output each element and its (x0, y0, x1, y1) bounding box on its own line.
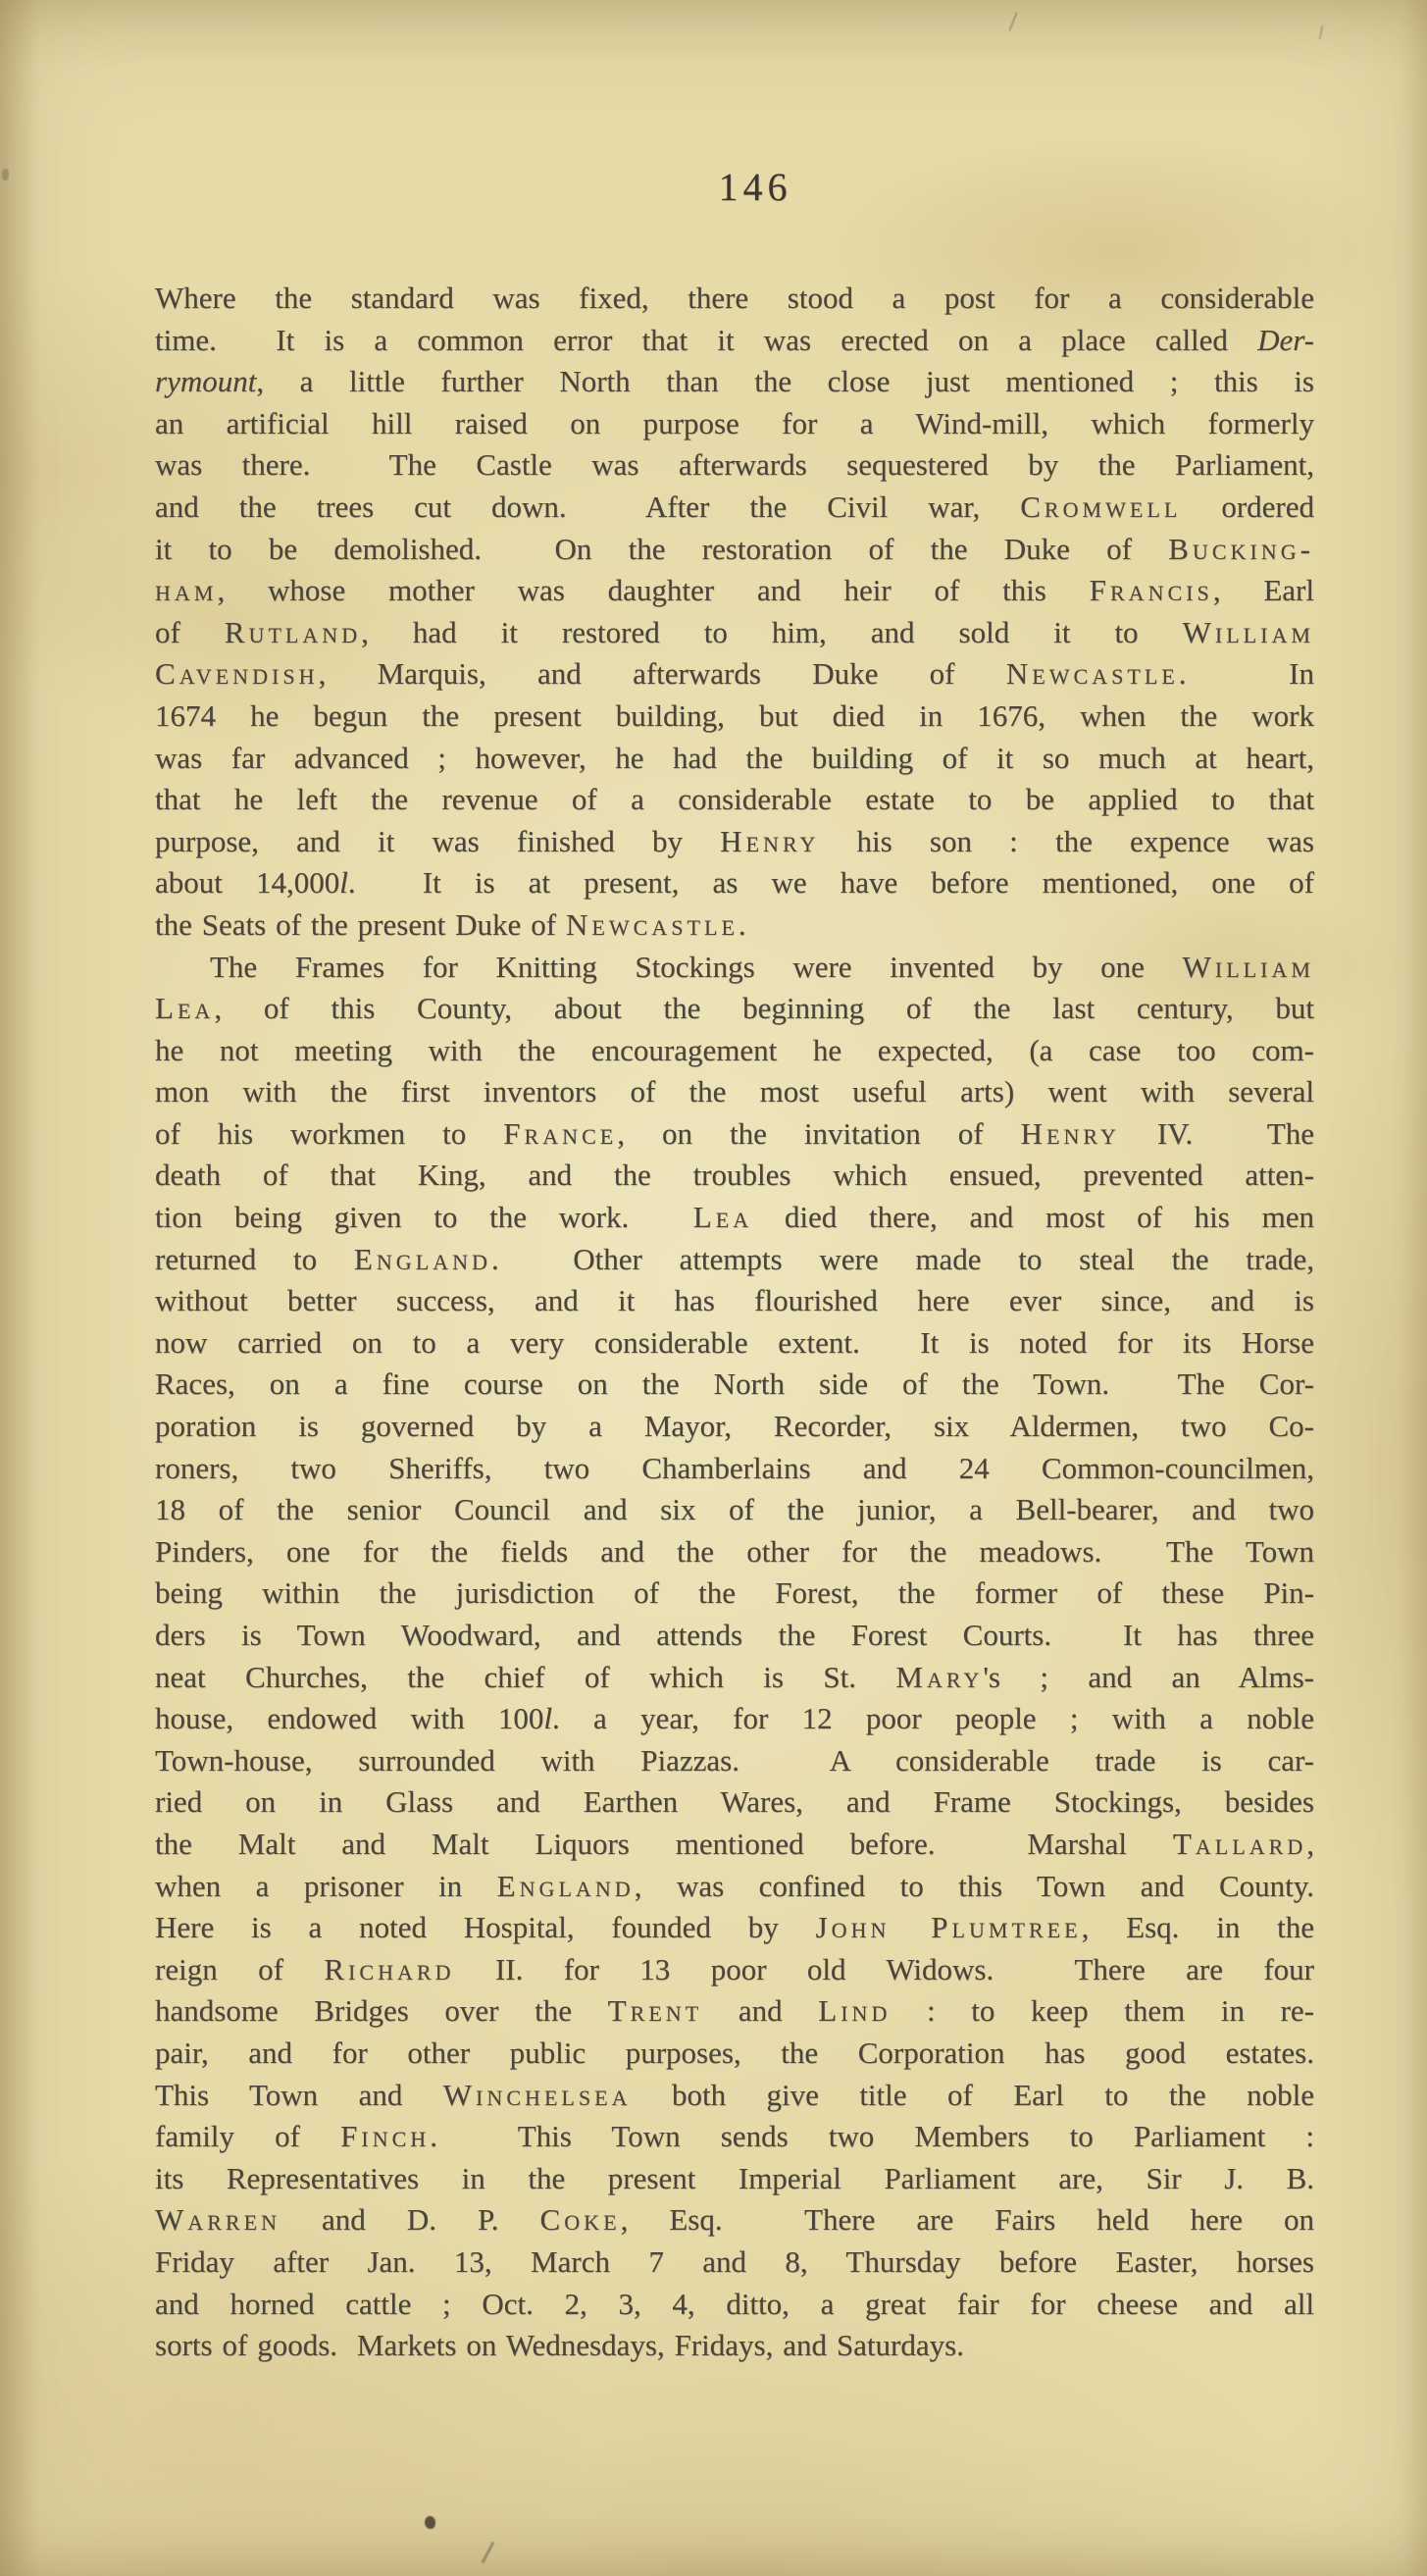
text-segment: Town-house, surrounded with Piazzas. A c… (155, 1743, 1314, 1777)
text-line: the Seats of the present Duke of Newcast… (155, 904, 1314, 947)
text-segment: house, endowed with 100 (155, 1701, 543, 1735)
text-block: Where the standard was fixed, there stoo… (155, 278, 1314, 2367)
text-segment: 1674 he begun the present building, but … (155, 698, 1314, 733)
text-line: handsome Bridges over the Trent and Lind… (155, 1990, 1314, 2033)
text-segment: and D. P. (280, 2202, 540, 2237)
text-segment: Tallard (1173, 1827, 1306, 1861)
text-line: being within the jurisdiction of the For… (155, 1572, 1314, 1615)
text-segment: l (543, 1701, 552, 1735)
text-segment: England (497, 1869, 635, 1903)
text-line: of his workmen to France, on the invitat… (155, 1113, 1314, 1156)
text-segment: . It is at present, as we have before me… (348, 865, 1314, 900)
text-segment: was there. The Castle was afterwards seq… (155, 447, 1314, 482)
text-segment: , whose mother was daughter and heir of … (217, 573, 1089, 607)
text-segment: death of that King, and the troubles whi… (155, 1158, 1314, 1192)
text-segment: Finch (340, 2119, 430, 2153)
text-segment: France (503, 1116, 617, 1151)
text-segment: ders is Town Woodward, and attends the F… (155, 1618, 1314, 1652)
text-line: This Town and Winchelsea both give title… (155, 2075, 1314, 2117)
text-segment: England (354, 1242, 491, 1276)
text-line: Races, on a fine course on the North sid… (155, 1364, 1314, 1406)
paragraph: Where the standard was fixed, there stoo… (155, 278, 1314, 947)
text-line: returned to England. Other attempts were… (155, 1239, 1314, 1281)
text-segment: and the trees cut down. After the Civil … (155, 489, 1020, 524)
page-number: 146 (157, 164, 1353, 210)
text-segment: an artificial hill raised on purpose for… (155, 406, 1314, 440)
text-segment: , was confined to this Town and County. (635, 1869, 1314, 1903)
text-segment: pair, and for other public purposes, the… (155, 2035, 1314, 2070)
text-segment: , of this County, about the beginning of… (214, 991, 1314, 1025)
text-segment: l (339, 865, 348, 900)
text-segment: now carried on to a very considerable ex… (155, 1325, 1314, 1360)
text-line: ders is Town Woodward, and attends the F… (155, 1615, 1314, 1657)
paper-mark-right-tick (1319, 26, 1324, 39)
text-segment: Henry (1021, 1116, 1120, 1151)
text-segment: was far advanced ; however, he had the b… (155, 741, 1314, 775)
text-segment: neat Churches, the chief of which is St. (155, 1660, 895, 1694)
text-segment: This Town and (155, 2078, 443, 2112)
text-segment: Lea (693, 1200, 752, 1234)
text-line: ried on in Glass and Earthen Wares, and … (155, 1781, 1314, 1824)
text-line: Warren and D. P. Coke, Esq. There are Fa… (155, 2199, 1314, 2241)
text-line: sorts of goods. Markets on Wednesdays, F… (155, 2325, 1314, 2367)
text-segment: . a year, for 12 poor people ; with a no… (552, 1701, 1314, 1735)
text-segment: Lind (818, 1993, 891, 2028)
paper-mark-top-slash (1008, 12, 1017, 30)
text-segment: of his workmen to (155, 1116, 503, 1151)
text-segment: and (702, 1993, 818, 2028)
text-line: roners, two Sheriffs, two Chamberlains a… (155, 1448, 1314, 1490)
text-line: time. It is a common error that it was e… (155, 320, 1314, 362)
text-segment: family of (155, 2119, 340, 2153)
text-segment: William (1183, 950, 1314, 984)
text-segment: . This Town sends two Members to Parliam… (430, 2119, 1314, 2153)
text-segment: , Esq. There are Fairs held here on (621, 2202, 1314, 2237)
text-segment: roners, two Sheriffs, two Chamberlains a… (155, 1451, 1314, 1485)
text-segment: ordered (1181, 489, 1314, 524)
text-segment: Newcastle (566, 907, 739, 942)
text-segment: Winchelsea (443, 2078, 632, 2112)
text-segment: . (739, 907, 746, 942)
text-line: mon with the first inventors of the most… (155, 1071, 1314, 1113)
text-segment: Henry (720, 824, 819, 858)
text-segment: Der- (1257, 323, 1314, 357)
text-segment: Here is a noted Hospital, founded by (155, 1910, 816, 1944)
text-segment: , (1306, 1827, 1314, 1861)
ink-speck-dot (425, 2516, 435, 2529)
text-line: Town-house, surrounded with Piazzas. A c… (155, 1740, 1314, 1782)
text-segment: , a little further North than the close … (256, 364, 1314, 398)
text-line: was there. The Castle was afterwards seq… (155, 444, 1314, 487)
text-segment: sorts of goods. Markets on Wednesdays, F… (155, 2328, 964, 2362)
text-segment: ham (155, 573, 217, 607)
text-segment: both give title of Earl to the noble (632, 2078, 1314, 2112)
text-segment: Cromwell (1020, 489, 1181, 524)
text-segment: , Earl (1213, 573, 1314, 607)
text-line: without better success, and it has flour… (155, 1280, 1314, 1322)
text-segment: mon with the first inventors of the most… (155, 1074, 1314, 1108)
text-segment: Trent (608, 1993, 703, 2028)
text-segment: The Frames for Knitting Stockings were i… (210, 950, 1183, 984)
text-line: was far advanced ; however, he had the b… (155, 738, 1314, 780)
text-segment: and horned cattle ; Oct. 2, 3, 4, ditto,… (155, 2287, 1314, 2321)
text-segment: tion being given to the work. (155, 1200, 693, 1234)
text-segment: he not meeting with the encouragement he… (155, 1033, 1314, 1067)
text-segment: the Malt and Malt Liquors mentioned befo… (155, 1827, 1173, 1861)
text-segment: Coke (540, 2202, 621, 2237)
text-segment: John Plumtree (816, 1910, 1082, 1944)
text-line: Friday after Jan. 13, March 7 and 8, Thu… (155, 2241, 1314, 2284)
text-line: the Malt and Malt Liquors mentioned befo… (155, 1824, 1314, 1866)
text-line: Pinders, one for the fields and the othe… (155, 1531, 1314, 1573)
text-line: its Representatives in the present Imper… (155, 2158, 1314, 2200)
text-line: about 14,000l. It is at present, as we h… (155, 862, 1314, 904)
text-segment: handsome Bridges over the (155, 1993, 608, 2028)
text-line: tion being given to the work. Lea died t… (155, 1197, 1314, 1239)
text-segment: his son : the expence was (819, 824, 1314, 858)
text-segment: Mary (895, 1660, 983, 1694)
text-line: 18 of the senior Council and six of the … (155, 1489, 1314, 1531)
text-segment: , on the invitation of (617, 1116, 1020, 1151)
text-segment: , had it restored to him, and sold it to (361, 615, 1182, 649)
text-line: pair, and for other public purposes, the… (155, 2033, 1314, 2075)
text-line: and horned cattle ; Oct. 2, 3, 4, ditto,… (155, 2284, 1314, 2326)
text-line: ham, whose mother was daughter and heir … (155, 570, 1314, 612)
text-line: purpose, and it was finished by Henry hi… (155, 821, 1314, 863)
text-line: and the trees cut down. After the Civil … (155, 487, 1314, 529)
text-segment: without better success, and it has flour… (155, 1283, 1314, 1317)
text-line: The Frames for Knitting Stockings were i… (155, 947, 1314, 989)
text-line: it to be demolished. On the restoration … (155, 529, 1314, 571)
text-segment: Francis (1090, 573, 1213, 607)
text-segment: returned to (155, 1242, 354, 1276)
text-segment: Friday after Jan. 13, March 7 and 8, Thu… (155, 2244, 1314, 2279)
text-segment: 18 of the senior Council and six of the … (155, 1492, 1314, 1526)
text-segment: . In (1179, 656, 1314, 691)
text-segment: William (1183, 615, 1314, 649)
text-segment: ried on in Glass and Earthen Wares, and … (155, 1784, 1314, 1819)
text-segment: Pinders, one for the fields and the othe… (155, 1534, 1314, 1569)
text-line: Cavendish, Marquis, and afterwards Duke … (155, 653, 1314, 696)
text-segment: Rutland (225, 615, 361, 649)
text-segment: its Representatives in the present Imper… (155, 2161, 1314, 2195)
text-segment: that he left the revenue of a considerab… (155, 782, 1314, 816)
text-line: now carried on to a very considerable ex… (155, 1322, 1314, 1365)
text-line: poration is governed by a Mayor, Recorde… (155, 1406, 1314, 1448)
text-segment: Richard (324, 1952, 454, 1986)
text-segment: of (155, 615, 225, 649)
text-segment: II. for 13 poor old Widows. There are fo… (455, 1952, 1314, 1986)
text-segment: Cavendish (155, 656, 319, 691)
text-line: family of Finch. This Town sends two Mem… (155, 2116, 1314, 2158)
text-segment: . Other attempts were made to steal the … (491, 1242, 1314, 1276)
text-line: death of that King, and the troubles whi… (155, 1155, 1314, 1197)
text-segment: Newcastle (1006, 656, 1179, 691)
text-line: Here is a noted Hospital, founded by Joh… (155, 1907, 1314, 1949)
text-line: neat Churches, the chief of which is St.… (155, 1657, 1314, 1699)
text-segment: the Seats of the present Duke of (155, 907, 566, 942)
text-segment: died there, and most of his men (752, 1200, 1314, 1234)
text-line: reign of Richard II. for 13 poor old Wid… (155, 1949, 1314, 1991)
text-line: he not meeting with the encouragement he… (155, 1030, 1314, 1072)
text-segment: when a prisoner in (155, 1869, 497, 1903)
paragraph: The Frames for Knitting Stockings were i… (155, 947, 1314, 2367)
text-segment: Races, on a fine course on the North sid… (155, 1366, 1314, 1401)
text-segment: about 14,000 (155, 865, 339, 900)
text-segment: purpose, and it was finished by (155, 824, 720, 858)
text-segment: rymount (155, 364, 256, 398)
text-segment: being within the jurisdiction of the For… (155, 1575, 1314, 1610)
text-line: when a prisoner in England, was confined… (155, 1866, 1314, 1908)
text-segment: Bucking- (1168, 532, 1314, 566)
text-segment: IV. The (1120, 1116, 1314, 1151)
text-line: 1674 he begun the present building, but … (155, 696, 1314, 738)
text-segment: , Marquis, and afterwards Duke of (319, 656, 1006, 691)
text-line: of Rutland, had it restored to him, and … (155, 612, 1314, 654)
paper-mark-bottom-slash (482, 2542, 495, 2564)
text-segment: Warren (155, 2202, 280, 2237)
text-line: Where the standard was fixed, there stoo… (155, 278, 1314, 320)
text-segment: Lea (155, 991, 214, 1025)
text-line: that he left the revenue of a considerab… (155, 779, 1314, 821)
text-segment: 's ; and an Alms- (983, 1660, 1314, 1694)
text-line: house, endowed with 100l. a year, for 12… (155, 1698, 1314, 1740)
text-segment: , Esq. in the (1082, 1910, 1314, 1944)
text-segment: poration is governed by a Mayor, Recorde… (155, 1409, 1314, 1443)
text-segment: : to keep them in re- (891, 1993, 1314, 2028)
text-line: Lea, of this County, about the beginning… (155, 988, 1314, 1030)
paper-mark-left-edge (2, 169, 9, 180)
text-line: an artificial hill raised on purpose for… (155, 403, 1314, 445)
scanned-book-page: 146 Where the standard was fixed, there … (0, 0, 1427, 2576)
text-segment: time. It is a common error that it was e… (155, 323, 1257, 357)
text-line: rymount, a little further North than the… (155, 361, 1314, 403)
text-segment: Where the standard was fixed, there stoo… (155, 281, 1314, 315)
text-segment: it to be demolished. On the restoration … (155, 532, 1168, 566)
text-segment: reign of (155, 1952, 324, 1986)
